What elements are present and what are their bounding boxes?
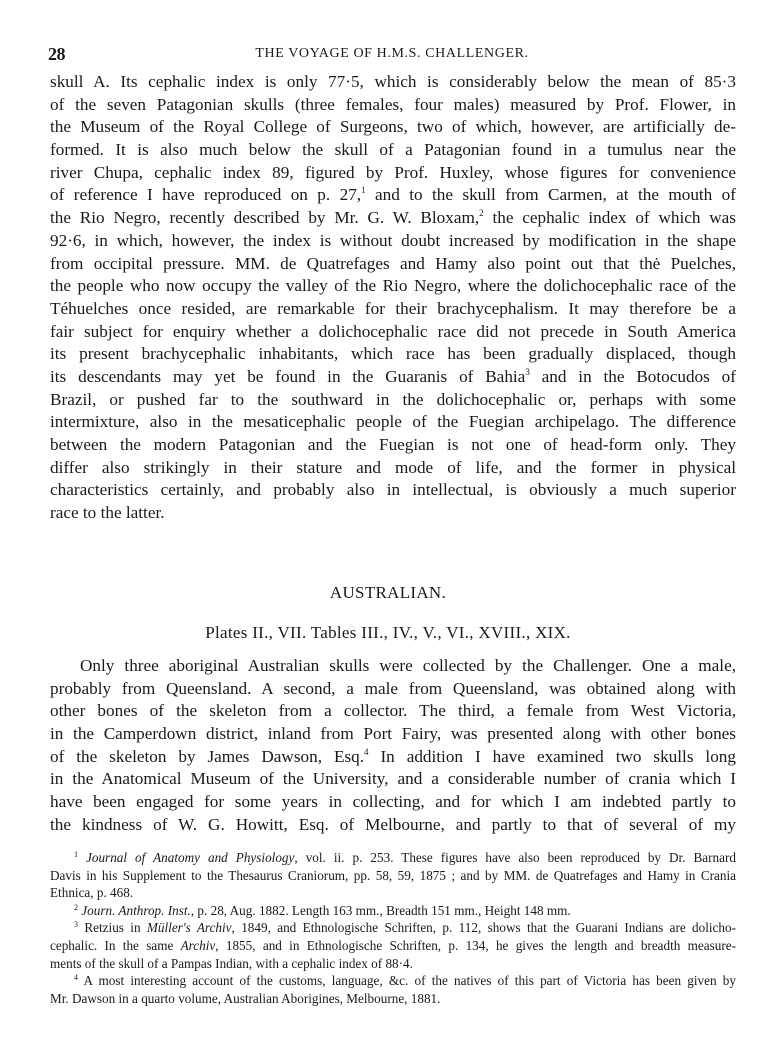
text-line: other bones of the skeleton from a colle… [50,700,736,723]
text-line: the Museum of the Royal College of Surge… [50,116,736,139]
footnote-1-cont: Ethnica, p. 468. [50,884,736,902]
footnote-marker: 3 [74,920,78,929]
text-segment: and to the skull from Carmen, at the mou… [366,185,736,204]
footnote-marker: 1 [74,850,78,859]
running-head: 28 THE VOYAGE OF H.M.S. CHALLENGER. [48,44,736,66]
text-line: fair subject for enquiry whether a dolic… [50,321,736,344]
footnote-text: Retzius in Müller's Archiv, 1849, and Et… [84,920,736,935]
running-title: THE VOYAGE OF H.M.S. CHALLENGER. [48,46,736,62]
text-segment: its descendants may yet be found in the … [50,367,525,386]
text-line: river Chupa, cephalic index 89, figured … [50,162,736,185]
text-line: differ also strikingly in their stature … [50,457,736,480]
text-line: Téhuelches once resided, are remarkable … [50,298,736,321]
text-line: 92·6, in which, however, the index is wi… [50,230,736,253]
text-line: of reference I have reproduced on p. 27,… [50,184,736,207]
text-line: Only three aboriginal Australian skulls … [50,655,736,678]
text-line: have been engaged for some years in coll… [50,791,736,814]
text-line: of the skeleton by James Dawson, Esq.4 I… [50,746,736,769]
text-line: in the Anatomical Museum of the Universi… [50,768,736,791]
text-line: the kindness of W. G. Howitt, Esq. of Me… [50,814,736,837]
text-segment: the Rio Negro, recently described by Mr.… [50,208,479,227]
text-line: characteristics certainly, and probably … [50,479,736,502]
text-line: race to the latter. [50,502,736,525]
footnote-2: 2 Journ. Anthrop. Inst., p. 28, Aug. 188… [50,902,736,920]
text-line: intermixture, also in the mesaticephalic… [50,411,736,434]
footnote-text: A most interesting account of the custom… [84,973,737,988]
text-line: skull A. Its cephalic index is only 77·5… [50,71,736,94]
text-line: in the Camperdown district, inland from … [50,723,736,746]
text-line: probably from Queensland. A second, a ma… [50,678,736,701]
text-line: from occipital pressure. MM. de Quatrefa… [50,253,736,276]
text-line: formed. It is also much below the skull … [50,139,736,162]
footnote-marker: 4 [74,973,78,982]
australian-paragraph: Only three aboriginal Australian skulls … [50,655,736,837]
text-line: the people who now occupy the valley of … [50,275,736,298]
text-line: the Rio Negro, recently described by Mr.… [50,207,736,230]
text-segment: the cephalic index of which was [484,208,736,227]
text-line: Brazil, or pushed far to the southward i… [50,389,736,412]
text-segment: In addition I have examined two skulls l… [369,747,736,766]
footnote-3-cont: cephalic. In the same Archiv, 1855, and … [50,937,736,955]
text-line: between the modern Patagonian and the Fu… [50,434,736,457]
footnote-3-cont: ments of the skull of a Pampas Indian, w… [50,955,736,973]
footnote-text: Journal of Anatomy and Physiology, vol. … [86,850,736,865]
text-segment: of reference I have reproduced on p. 27, [50,185,361,204]
footnotes: 1 Journal of Anatomy and Physiology, vol… [50,849,736,1007]
footnote-marker: 2 [74,903,78,912]
text-segment: of the skeleton by James Dawson, Esq. [50,747,364,766]
text-line: its present brachycephalic inhabitants, … [50,343,736,366]
book-page: 28 THE VOYAGE OF H.M.S. CHALLENGER. skul… [0,0,776,1050]
footnote-4-cont: Mr. Dawson in a quarto volume, Australia… [50,990,736,1008]
footnote-text: Journ. Anthrop. Inst., p. 28, Aug. 1882.… [81,903,570,918]
continued-paragraph: skull A. Its cephalic index is only 77·5… [50,71,736,525]
section-title: AUSTRALIAN. [0,583,776,603]
footnote-4: 4 A most interesting account of the cust… [50,972,736,990]
text-line: of the seven Patagonian skulls (three fe… [50,94,736,117]
footnote-1: 1 Journal of Anatomy and Physiology, vol… [50,849,736,867]
footnote-3: 3 Retzius in Müller's Archiv, 1849, and … [50,919,736,937]
section-subtitle: Plates II., VII. Tables III., IV., V., V… [0,623,776,643]
text-segment: and in the Botocudos of [530,367,736,386]
footnote-1-cont: Davis in his Supplement to the Thesaurus… [50,867,736,885]
text-line: its descendants may yet be found in the … [50,366,736,389]
